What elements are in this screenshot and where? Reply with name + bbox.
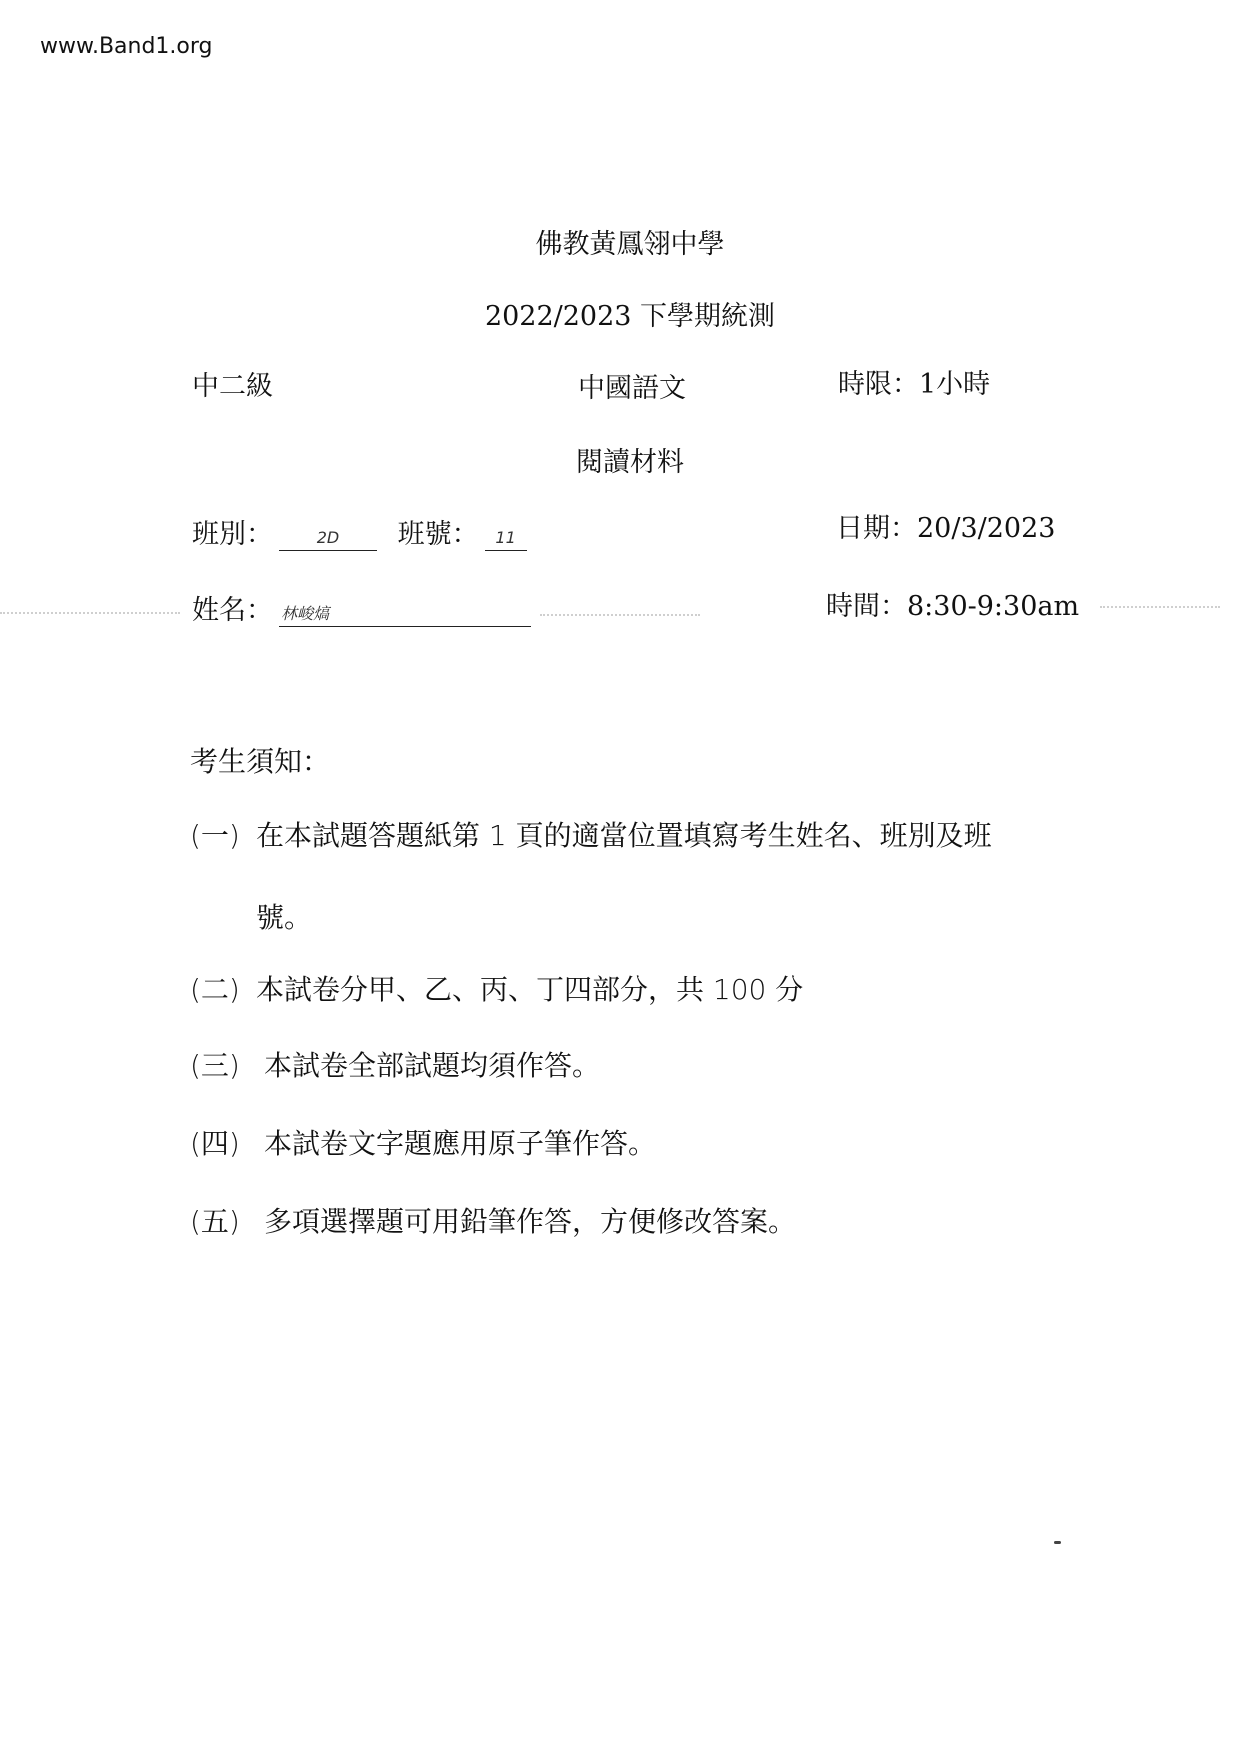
- subject: 中國語文: [578, 366, 686, 405]
- class-field[interactable]: 2D: [279, 526, 377, 551]
- duration: 時限：1小時: [838, 362, 990, 401]
- form-level: 中二級: [192, 364, 273, 403]
- instruction-item: (五)多項選擇題可用鉛筆作答，方便修改答案。: [190, 1200, 796, 1240]
- instruction-number: (二): [190, 968, 256, 1008]
- exam-title: 2022/2023 下學期統測: [0, 294, 1240, 333]
- name-label: 姓名：: [192, 595, 273, 626]
- scan-speck: [1054, 1541, 1061, 1544]
- instruction-text: 本試卷文字題應用原子筆作答。: [264, 1127, 656, 1160]
- exam-date: 日期：20/3/2023: [836, 506, 1055, 545]
- watermark-url: www.Band1.org: [40, 34, 213, 59]
- instruction-number: (四): [190, 1122, 264, 1162]
- instruction-item: (三)本試卷全部試題均須作答。: [190, 1044, 600, 1084]
- class-label: 班別：: [192, 519, 273, 550]
- class-number-field[interactable]: 11: [485, 526, 527, 551]
- instructions-title: 考生須知：: [190, 740, 330, 780]
- scan-noise: [0, 612, 180, 616]
- exam-time: 時間：8:30-9:30am: [826, 584, 1079, 623]
- paper-name: 閱讀材料: [0, 440, 1240, 479]
- class-number-label: 班號：: [398, 519, 479, 550]
- name-field[interactable]: 林峻熇: [279, 602, 531, 627]
- instruction-text: 在本試題答題紙第 1 頁的適當位置填寫考生姓名、班別及班: [256, 819, 992, 852]
- instruction-text: 本試卷全部試題均須作答。: [264, 1049, 600, 1082]
- instruction-number: (五): [190, 1200, 264, 1240]
- name-row: 姓名：林峻熇: [192, 588, 531, 627]
- instruction-text: 多項選擇題可用鉛筆作答，方便修改答案。: [264, 1205, 796, 1238]
- instruction-item: (一)在本試題答題紙第 1 頁的適當位置填寫考生姓名、班別及班: [190, 814, 992, 854]
- instruction-item: (四)本試卷文字題應用原子筆作答。: [190, 1122, 656, 1162]
- instruction-item: (二)本試卷分甲、乙、丙、丁四部分，共 100 分: [190, 968, 803, 1008]
- scan-noise: [540, 614, 700, 618]
- instruction-number: (三): [190, 1044, 264, 1084]
- scan-noise: [1100, 606, 1220, 610]
- instruction-text: 本試卷分甲、乙、丙、丁四部分，共 100 分: [256, 973, 803, 1006]
- instruction-continuation: 號。: [256, 896, 312, 936]
- school-name: 佛教黃鳳翎中學: [0, 222, 1240, 261]
- instruction-number: (一): [190, 814, 256, 854]
- class-row: 班別：2D 班號：11: [192, 512, 527, 551]
